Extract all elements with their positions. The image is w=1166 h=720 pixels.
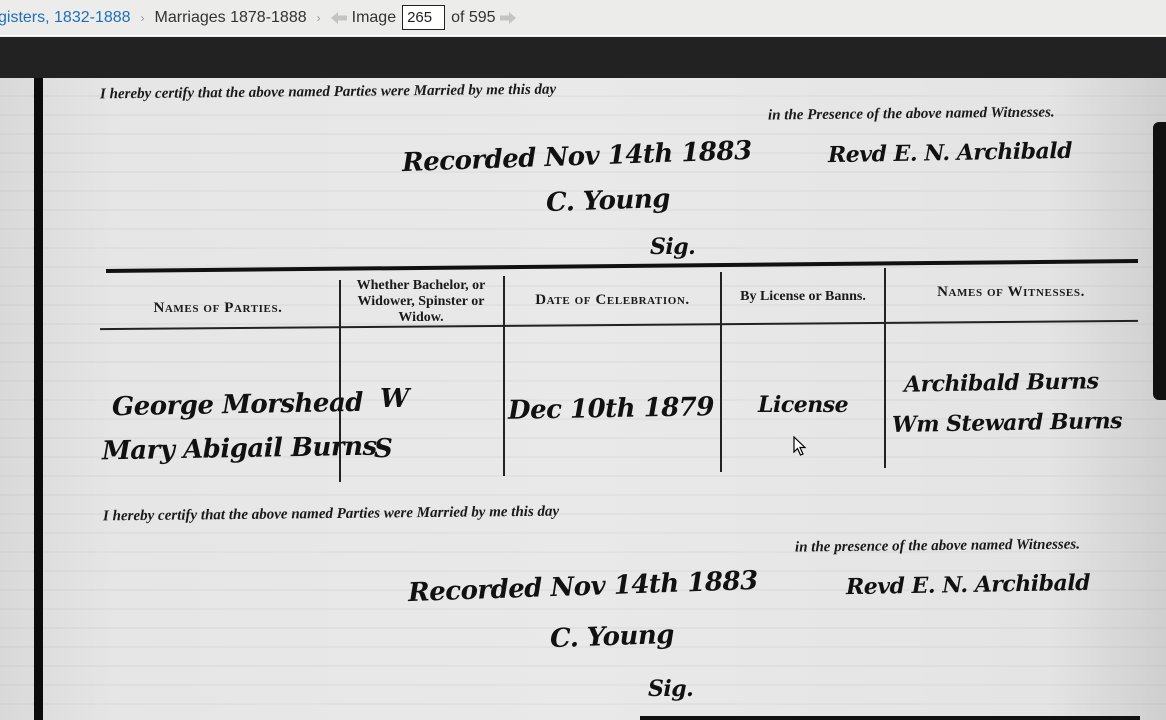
page-number-input[interactable] <box>402 5 445 30</box>
party-1-status: W <box>380 384 409 414</box>
registrar-signature: C. Young <box>546 184 671 218</box>
party-2-name: Mary Abigail Burns <box>102 432 377 467</box>
chevron-right-icon: › <box>141 11 145 25</box>
breadcrumb-collection-link[interactable]: gisters, 1832-1888 <box>0 9 131 27</box>
page-border <box>34 78 43 720</box>
witness-1-name: Archibald Burns <box>904 368 1099 397</box>
column-header-license-or-banns: By License or Banns. <box>720 289 886 305</box>
viewer-toolbar <box>0 37 1166 78</box>
page-total: of 595 <box>451 9 495 27</box>
officiant-signature: Revd E. N. Archibald <box>846 570 1090 600</box>
presence-text: in the Presence of the above named Witne… <box>768 104 1055 124</box>
table-top-rule <box>640 716 1140 720</box>
table-header-rule <box>100 320 1138 330</box>
recorded-date: Recorded Nov 14th 1883 <box>408 566 759 608</box>
column-header-date-of-celebration: Date of Celebration. <box>505 292 720 308</box>
celebration-date: Dec 10th 1879 <box>508 392 714 426</box>
breadcrumb-volume: Marriages 1878-1888 <box>155 9 307 27</box>
registrar-signature: C. Young <box>550 620 675 654</box>
officiant-signature: Revd E. N. Archibald <box>828 138 1072 168</box>
certify-text: I hereby certify that the above named Pa… <box>103 504 559 526</box>
arrow-left-icon <box>331 12 347 24</box>
license-or-banns: License <box>758 392 848 418</box>
party-1-name: George Morshead <box>112 388 363 422</box>
mouse-cursor-icon <box>793 436 807 456</box>
certify-text: I hereby certify that the above named Pa… <box>100 82 556 104</box>
column-header-names-of-parties: Names of Parties. <box>100 300 336 316</box>
registrar-title: Sig. <box>650 234 695 260</box>
presence-text: in the presence of the above named Witne… <box>795 537 1080 557</box>
party-2-status: S <box>374 434 392 464</box>
table-top-rule <box>106 259 1138 273</box>
column-header-marital-status: Whether Bachelor, or Widower, Spinster o… <box>339 278 503 326</box>
column-header-names-of-witnesses: Names of Witnesses. <box>886 284 1136 300</box>
previous-image-button[interactable] <box>331 12 347 24</box>
witness-2-name: Wm Steward Burns <box>892 408 1123 438</box>
page-edge-shadow <box>1153 122 1166 400</box>
recorded-date: Recorded Nov 14th 1883 <box>402 136 753 178</box>
chevron-right-icon: › <box>317 11 321 25</box>
registrar-title: Sig. <box>648 676 693 702</box>
breadcrumb: gisters, 1832-1888 › Marriages 1878-1888… <box>0 0 1166 36</box>
arrow-right-icon <box>500 12 516 24</box>
document-image-viewer[interactable]: I hereby certify that the above named Pa… <box>0 78 1166 720</box>
image-label: Image <box>352 9 396 27</box>
next-image-button[interactable] <box>500 12 516 24</box>
